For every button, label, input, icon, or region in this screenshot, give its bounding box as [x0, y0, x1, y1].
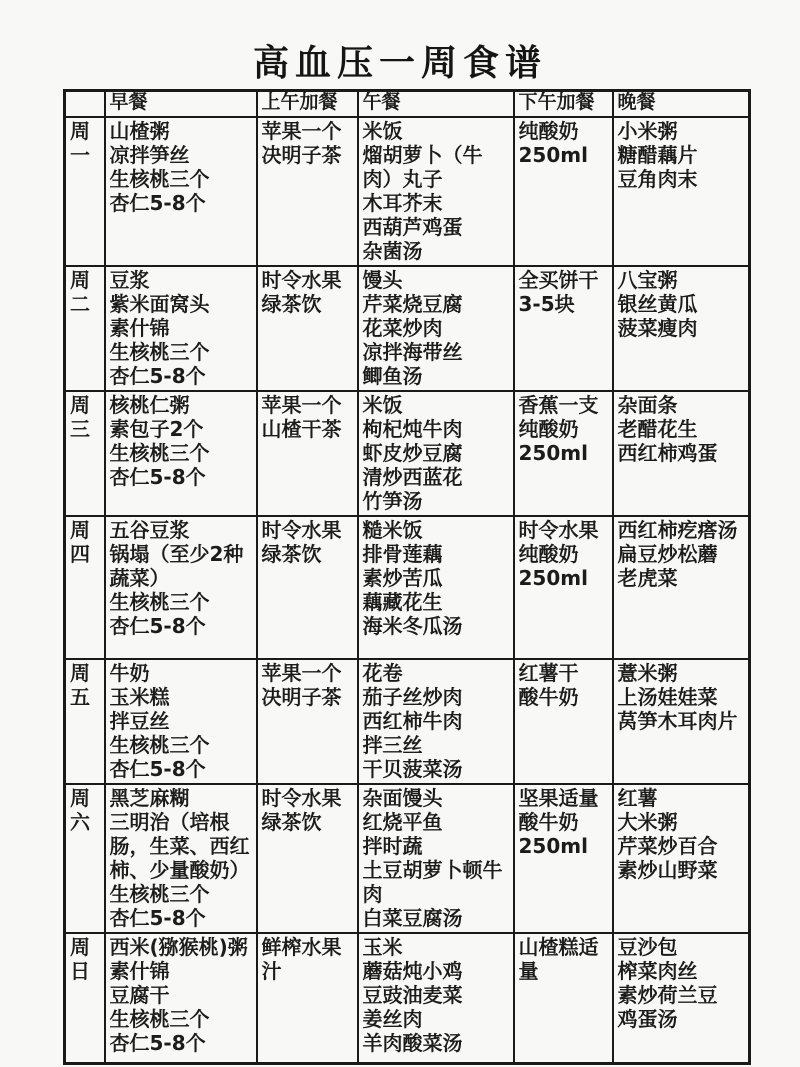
table-row-thursday: 周四 五谷豆浆 锅塌（至少2种蔬菜） 生核桃三个 杏仁5-8个 时令水果 绿茶饮… [65, 516, 750, 659]
cell-friday-dinner: 薏米粥 上汤娃娃菜 莴笋木耳肉片 [613, 659, 750, 784]
cell-friday-afternoon-snack: 红薯干 酸牛奶 [514, 659, 613, 784]
cell-saturday-breakfast: 黑芝麻糊 三明治（培根肠，生菜、西红柿、少量酸奶） 生核桃三个 杏仁5-8个 [105, 784, 257, 933]
cell-friday-breakfast: 牛奶 玉米糕 拌豆丝 生核桃三个 杏仁5-8个 [105, 659, 257, 784]
column-header-afternoon-snack: 下午加餐 [514, 91, 613, 118]
column-header-breakfast: 早餐 [105, 91, 257, 118]
cell-sunday-dinner: 豆沙包 榨菜肉丝 素炒荷兰豆 鸡蛋汤 [613, 933, 750, 1063]
cell-thursday-breakfast: 五谷豆浆 锅塌（至少2种蔬菜） 生核桃三个 杏仁5-8个 [105, 516, 257, 659]
table-row-saturday: 周六 黑芝麻糊 三明治（培根肠，生菜、西红柿、少量酸奶） 生核桃三个 杏仁5-8… [65, 784, 750, 933]
column-header-dinner: 晚餐 [613, 91, 750, 118]
cell-monday-breakfast: 山楂粥 凉拌笋丝 生核桃三个 杏仁5-8个 [105, 117, 257, 266]
table-row-sunday: 周日 西米(猕猴桃)粥 素什锦 豆腐干 生核桃三个 杏仁5-8个 鲜榨水果汁 玉… [65, 933, 750, 1063]
cell-thursday-lunch: 糙米饭 排骨莲藕 素炒苦瓜 藕藏花生 海米冬瓜汤 [358, 516, 514, 659]
cell-friday-morning-snack: 苹果一个 决明子茶 [257, 659, 358, 784]
day-label-monday: 周一 [65, 117, 105, 266]
table-row-tuesday: 周二 豆浆 紫米面窝头 素什锦 生核桃三个 杏仁5-8个 时令水果 绿茶饮 馒头… [65, 266, 750, 391]
cell-monday-dinner: 小米粥 糖醋藕片 豆角肉末 [613, 117, 750, 266]
cell-wednesday-lunch: 米饭 枸杞炖牛肉 虾皮炒豆腐 清炒西蓝花 竹笋汤 [358, 391, 514, 516]
cell-tuesday-breakfast: 豆浆 紫米面窝头 素什锦 生核桃三个 杏仁5-8个 [105, 266, 257, 391]
table-row-monday: 周一 山楂粥 凉拌笋丝 生核桃三个 杏仁5-8个 苹果一个 决明子茶 米饭 熘胡… [65, 117, 750, 266]
cell-monday-afternoon-snack: 纯酸奶 250ml [514, 117, 613, 266]
cell-thursday-afternoon-snack: 时令水果 纯酸奶 250ml [514, 516, 613, 659]
cell-saturday-lunch: 杂面馒头 红烧平鱼 拌时蔬 土豆胡萝卜顿牛肉 白菜豆腐汤 [358, 784, 514, 933]
cell-sunday-breakfast: 西米(猕猴桃)粥 素什锦 豆腐干 生核桃三个 杏仁5-8个 [105, 933, 257, 1063]
cell-wednesday-morning-snack: 苹果一个 山楂干茶 [257, 391, 358, 516]
cell-friday-lunch: 花卷 茄子丝炒肉 西红柿牛肉 拌三丝 干贝菠菜汤 [358, 659, 514, 784]
column-header-morning-snack: 上午加餐 [257, 91, 358, 118]
day-label-thursday: 周四 [65, 516, 105, 659]
day-label-sunday: 周日 [65, 933, 105, 1063]
cell-thursday-morning-snack: 时令水果 绿茶饮 [257, 516, 358, 659]
cell-tuesday-morning-snack: 时令水果 绿茶饮 [257, 266, 358, 391]
column-header-lunch: 午餐 [358, 91, 514, 118]
cell-saturday-afternoon-snack: 坚果适量 酸牛奶 250ml [514, 784, 613, 933]
table-row-wednesday: 周三 核桃仁粥 素包子2个 生核桃三个 杏仁5-8个 苹果一个 山楂干茶 米饭 … [65, 391, 750, 516]
cell-tuesday-lunch: 馒头 芹菜烧豆腐 花菜炒肉 凉拌海带丝 鲫鱼汤 [358, 266, 514, 391]
cell-wednesday-breakfast: 核桃仁粥 素包子2个 生核桃三个 杏仁5-8个 [105, 391, 257, 516]
cell-monday-lunch: 米饭 熘胡萝卜（牛肉）丸子 木耳芥末 西葫芦鸡蛋 杂菌汤 [358, 117, 514, 266]
day-label-wednesday: 周三 [65, 391, 105, 516]
day-label-tuesday: 周二 [65, 266, 105, 391]
cell-tuesday-afternoon-snack: 全买饼干3-5块 [514, 266, 613, 391]
cell-monday-morning-snack: 苹果一个 决明子茶 [257, 117, 358, 266]
day-label-friday: 周五 [65, 659, 105, 784]
day-label-saturday: 周六 [65, 784, 105, 933]
table-row-friday: 周五 牛奶 玉米糕 拌豆丝 生核桃三个 杏仁5-8个 苹果一个 决明子茶 花卷 … [65, 659, 750, 784]
cell-thursday-dinner: 西红柿疙瘩汤 扁豆炒松蘑 老虎菜 [613, 516, 750, 659]
page-title: 高血压一周食谱 [0, 46, 800, 82]
meal-plan-table: 早餐 上午加餐 午餐 下午加餐 晚餐 周一 山楂粥 凉拌笋丝 生核桃三个 杏仁5… [63, 89, 751, 1065]
cell-saturday-morning-snack: 时令水果 绿茶饮 [257, 784, 358, 933]
cell-wednesday-afternoon-snack: 香蕉一支 纯酸奶 250ml [514, 391, 613, 516]
cell-tuesday-dinner: 八宝粥 银丝黄瓜 菠菜瘦肉 [613, 266, 750, 391]
cell-sunday-afternoon-snack: 山楂糕适量 [514, 933, 613, 1063]
column-header-day [65, 91, 105, 118]
cell-saturday-dinner: 红薯 大米粥 芹菜炒百合 素炒山野菜 [613, 784, 750, 933]
header-row: 早餐 上午加餐 午餐 下午加餐 晚餐 [65, 91, 750, 118]
cell-sunday-morning-snack: 鲜榨水果汁 [257, 933, 358, 1063]
cell-wednesday-dinner: 杂面条 老醋花生 西红柿鸡蛋 [613, 391, 750, 516]
cell-sunday-lunch: 玉米 蘑菇炖小鸡 豆豉油麦菜 姜丝肉 羊肉酸菜汤 [358, 933, 514, 1063]
